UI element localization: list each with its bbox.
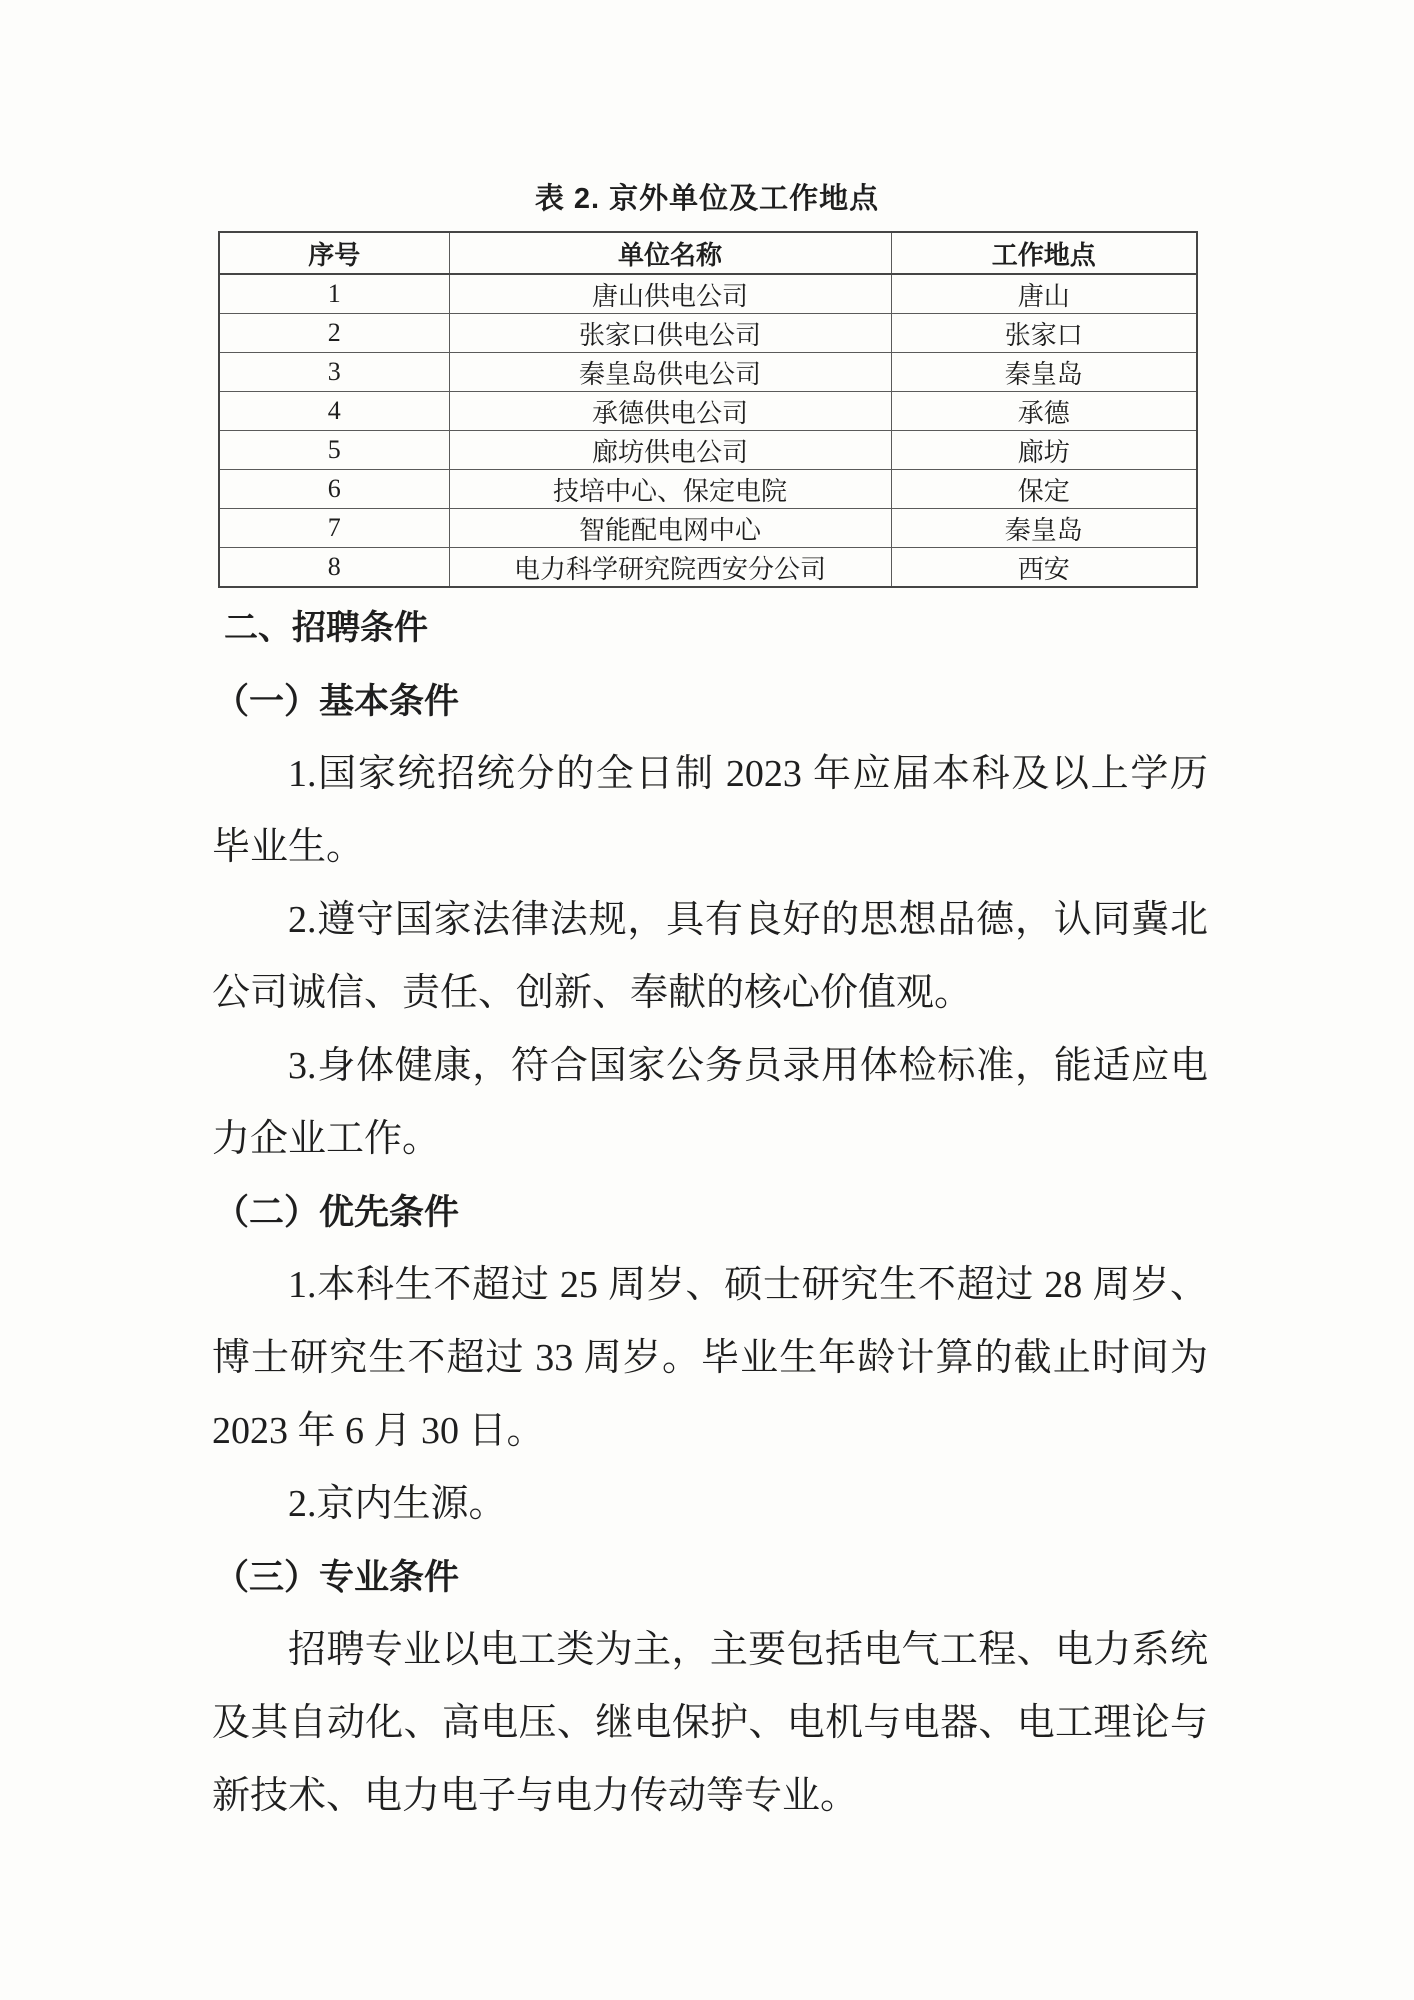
table-row: 1 唐山供电公司 唐山 xyxy=(219,274,1197,314)
body-text: 二、招聘条件 （一）基本条件 1.国家统招统分的全日制 2023 年应届本科及以… xyxy=(212,592,1208,1833)
header-seq: 序号 xyxy=(219,232,449,274)
cell-seq: 5 xyxy=(219,431,449,470)
paragraph-line: 2.京内生源。 xyxy=(212,1468,1208,1541)
cell-unit: 张家口供电公司 xyxy=(449,314,891,353)
table-row: 2 张家口供电公司 张家口 xyxy=(219,314,1197,353)
table-row: 7 智能配电网中心 秦皇岛 xyxy=(219,509,1197,548)
cell-unit: 承德供电公司 xyxy=(449,392,891,431)
units-locations-table: 序号 单位名称 工作地点 1 唐山供电公司 唐山 2 张家口供电公司 张家口 3… xyxy=(218,231,1198,588)
cell-unit: 廊坊供电公司 xyxy=(449,431,891,470)
cell-location: 保定 xyxy=(891,470,1197,509)
cell-seq: 7 xyxy=(219,509,449,548)
paragraph-line: 公司诚信、责任、创新、奉献的核心价值观。 xyxy=(212,957,1208,1030)
cell-seq: 2 xyxy=(219,314,449,353)
cell-location: 秦皇岛 xyxy=(891,509,1197,548)
section-heading-recruit-conditions: 二、招聘条件 xyxy=(212,592,1208,665)
paragraph-line: 及其自动化、高电压、继电保护、电机与电器、电工理论与 xyxy=(212,1687,1208,1760)
table-header-row: 序号 单位名称 工作地点 xyxy=(219,232,1197,274)
cell-unit: 唐山供电公司 xyxy=(449,274,891,314)
header-location: 工作地点 xyxy=(891,232,1197,274)
table-row: 5 廊坊供电公司 廊坊 xyxy=(219,431,1197,470)
cell-seq: 1 xyxy=(219,274,449,314)
paragraph-line: 2.遵守国家法律法规，具有良好的思想品德，认同冀北 xyxy=(212,884,1208,957)
paragraph-line: 博士研究生不超过 33 周岁。毕业生年龄计算的截止时间为 xyxy=(212,1322,1208,1395)
paragraph-line: 力企业工作。 xyxy=(212,1103,1208,1176)
cell-unit: 智能配电网中心 xyxy=(449,509,891,548)
subheading-major-conditions: （三）专业条件 xyxy=(212,1541,1208,1614)
cell-seq: 4 xyxy=(219,392,449,431)
cell-seq: 8 xyxy=(219,548,449,588)
cell-location: 唐山 xyxy=(891,274,1197,314)
paragraph-line: 3.身体健康，符合国家公务员录用体检标准，能适应电 xyxy=(212,1030,1208,1103)
paragraph-line: 2023 年 6 月 30 日。 xyxy=(212,1395,1208,1468)
cell-location: 廊坊 xyxy=(891,431,1197,470)
header-unit: 单位名称 xyxy=(449,232,891,274)
paragraph-line: 毕业生。 xyxy=(212,811,1208,884)
paragraph-line: 1.国家统招统分的全日制 2023 年应届本科及以上学历 xyxy=(212,738,1208,811)
paragraph-line: 新技术、电力电子与电力传动等专业。 xyxy=(212,1760,1208,1833)
table-row: 4 承德供电公司 承德 xyxy=(219,392,1197,431)
cell-seq: 3 xyxy=(219,353,449,392)
paragraph-line: 招聘专业以电工类为主，主要包括电气工程、电力系统 xyxy=(212,1614,1208,1687)
cell-location: 张家口 xyxy=(891,314,1197,353)
table-row: 3 秦皇岛供电公司 秦皇岛 xyxy=(219,353,1197,392)
cell-unit: 技培中心、保定电院 xyxy=(449,470,891,509)
table-row: 8 电力科学研究院西安分公司 西安 xyxy=(219,548,1197,588)
table-row: 6 技培中心、保定电院 保定 xyxy=(219,470,1197,509)
cell-location: 西安 xyxy=(891,548,1197,588)
cell-unit: 电力科学研究院西安分公司 xyxy=(449,548,891,588)
subheading-basic-conditions: （一）基本条件 xyxy=(212,665,1208,738)
cell-seq: 6 xyxy=(219,470,449,509)
table-caption: 表 2. 京外单位及工作地点 xyxy=(0,176,1414,217)
cell-location: 秦皇岛 xyxy=(891,353,1197,392)
paragraph-line: 1.本科生不超过 25 周岁、硕士研究生不超过 28 周岁、 xyxy=(212,1249,1208,1322)
subheading-priority-conditions: （二）优先条件 xyxy=(212,1176,1208,1249)
cell-unit: 秦皇岛供电公司 xyxy=(449,353,891,392)
document-page: 表 2. 京外单位及工作地点 序号 单位名称 工作地点 1 唐山供电公司 唐山 … xyxy=(0,0,1414,2000)
cell-location: 承德 xyxy=(891,392,1197,431)
